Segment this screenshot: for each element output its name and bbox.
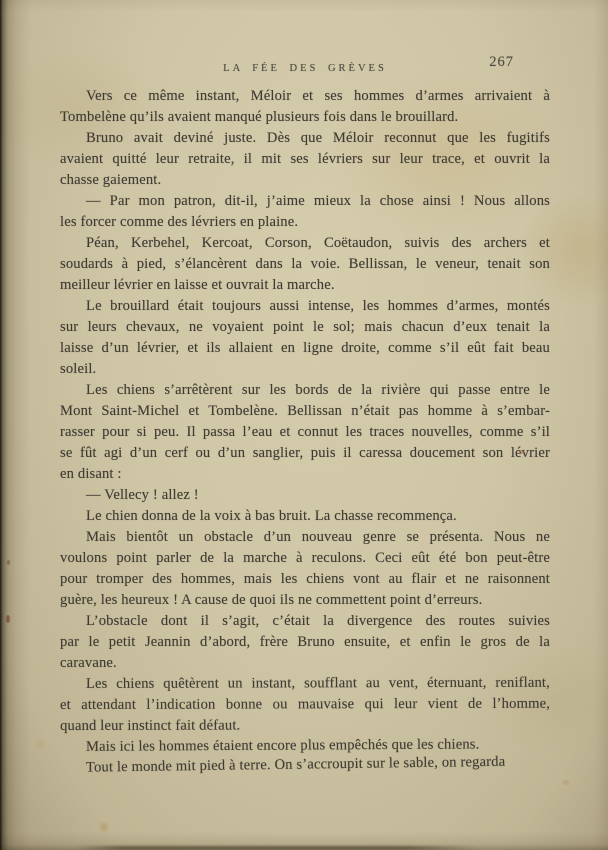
text-line: Bruno avait deviné juste. Dès que Méloir… bbox=[60, 128, 550, 149]
paragraph: Mais bientôt un obstacle d’un nouveau ge… bbox=[60, 527, 550, 611]
text-block: Vers ce même instant, Méloir et ses homm… bbox=[60, 86, 550, 779]
text-line: Les chiens quêtèrent un instant, souffla… bbox=[60, 673, 550, 695]
text-line: laisse d’un lévrier, et ils allaient en … bbox=[60, 338, 550, 359]
text-line: L’obstacle dont il s’agit, c’était la di… bbox=[60, 611, 550, 632]
text-line: se fût agi d’un cerf ou d’un sanglier, p… bbox=[60, 443, 550, 464]
text-line: chasse gaiement. bbox=[60, 170, 550, 191]
text-line: — Par mon patron, dit-il, j’aime mieux l… bbox=[60, 191, 550, 212]
text-line: Tombelène qu’ils avaient manqué plusieur… bbox=[60, 107, 550, 128]
text-line: les forcer comme des lévriers en plaine. bbox=[60, 212, 550, 233]
text-line: pour tromper des hommes, mais les chiens… bbox=[60, 569, 550, 590]
text-line: Mais bientôt un obstacle d’un nouveau ge… bbox=[60, 527, 550, 548]
text-line: guère, les heureux ! A cause de quoi ils… bbox=[60, 590, 550, 611]
text-line: par le petit Jeannin d’abord, frère Brun… bbox=[60, 632, 550, 653]
text-line: avaient quitté leur retraite, il mit ses… bbox=[60, 149, 550, 170]
text-line: Les chiens s’arrêtèrent sur les bords de… bbox=[60, 380, 550, 401]
paragraph: — Vellecy ! allez ! bbox=[60, 485, 550, 506]
paragraph: Les chiens s’arrêtèrent sur les bords de… bbox=[60, 380, 550, 485]
text-line: Mont Saint-Michel et Tombelène. Bellissa… bbox=[60, 401, 550, 422]
paragraph: Péan, Kerbehel, Kercoat, Corson, Coëtaud… bbox=[60, 233, 550, 296]
text-line: meilleur lévrier en laisse et ouvrait la… bbox=[60, 275, 550, 296]
page-number: 267 bbox=[489, 54, 514, 71]
text-line: Le chien donna de la voix à bas bruit. L… bbox=[60, 506, 550, 527]
text-line: sur leurs chevaux, ne voyaient point le … bbox=[60, 317, 550, 338]
paragraph: Le brouillard était toujours aussi inten… bbox=[60, 296, 550, 380]
running-title: LA FÉE DES GRÈVES bbox=[223, 63, 387, 74]
text-line: caravane. bbox=[60, 653, 550, 674]
paragraph: — Par mon patron, dit-il, j’aime mieux l… bbox=[60, 191, 550, 233]
book-page-scan: LA FÉE DES GRÈVES 267 Vers ce même insta… bbox=[0, 0, 608, 850]
paragraph: Bruno avait deviné juste. Dès que Méloir… bbox=[60, 128, 550, 191]
text-line: rasser pour si peu. Il passa l’eau et co… bbox=[60, 422, 550, 443]
paragraph: L’obstacle dont il s’agit, c’était la di… bbox=[60, 611, 550, 674]
text-line: voulons point parler de la marche à recu… bbox=[60, 548, 550, 569]
text-line: Le brouillard était toujours aussi inten… bbox=[60, 296, 550, 317]
text-line: Péan, Kerbehel, Kercoat, Corson, Coëtaud… bbox=[60, 233, 550, 254]
text-line: — Vellecy ! allez ! bbox=[60, 485, 550, 506]
paragraph: Les chiens quêtèrent un instant, souffla… bbox=[60, 673, 550, 737]
text-line: soleil. bbox=[60, 359, 550, 380]
paragraph: Le chien donna de la voix à bas bruit. L… bbox=[60, 506, 550, 527]
text-line: soudards à pied, s’élancèrent dans la vo… bbox=[60, 254, 550, 275]
page-content: LA FÉE DES GRÈVES 267 Vers ce même insta… bbox=[0, 0, 608, 850]
text-line: et attendant l’indication bonne ou mauva… bbox=[60, 694, 550, 716]
paragraph: Vers ce même instant, Méloir et ses homm… bbox=[60, 86, 550, 128]
text-line: en disant : bbox=[60, 464, 550, 485]
text-line: Vers ce même instant, Méloir et ses homm… bbox=[60, 86, 550, 107]
page-header: LA FÉE DES GRÈVES bbox=[60, 58, 550, 76]
